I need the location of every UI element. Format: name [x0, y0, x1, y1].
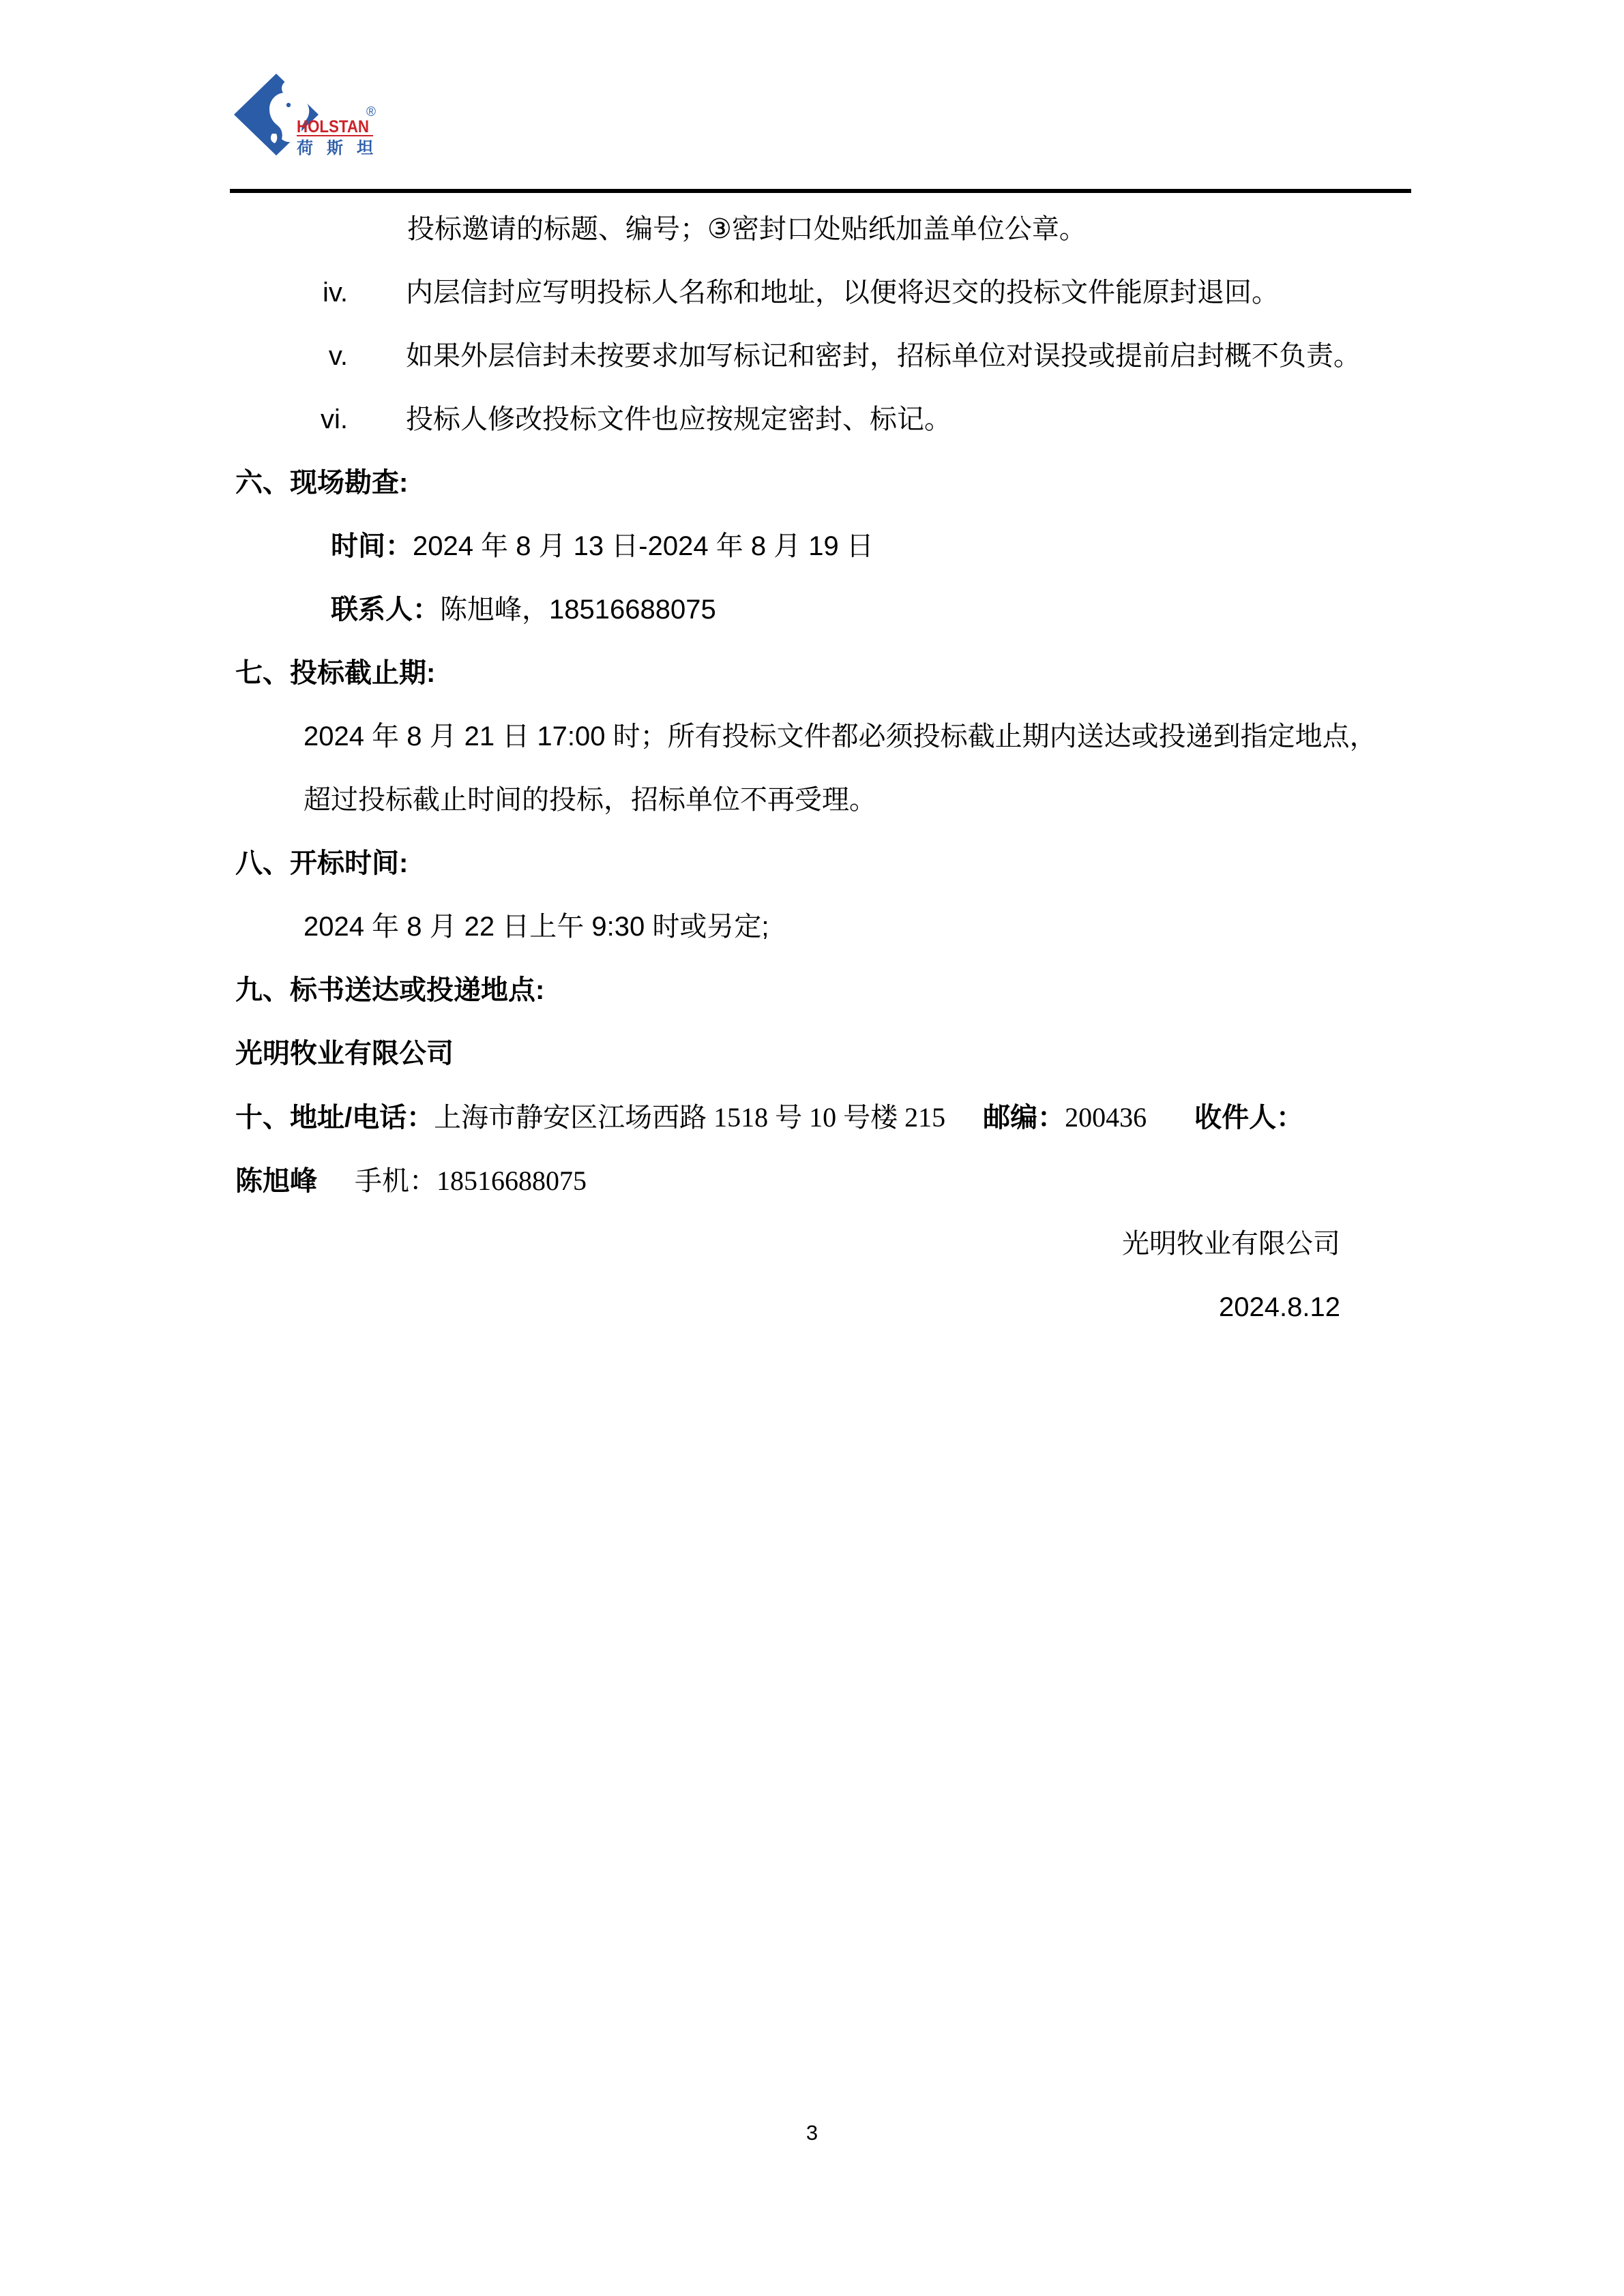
recipient-label: 收件人： — [1194, 1103, 1303, 1133]
section-7-heading: 七、投标截止期: — [235, 642, 1414, 705]
list-text-v: 如果外层信封未按要求加写标记和密封，招标单位对误投或提前启封概不负责。 — [406, 325, 1361, 388]
header-divider-line — [230, 189, 1411, 193]
document-body: 投标邀请的标题、编号；③密封口处贴纸加盖单位公章。 iv. 内层信封应写明投标人… — [235, 198, 1414, 1339]
delivery-company-name: 光明牧业有限公司 — [235, 1022, 1414, 1086]
contact-value: 陈旭峰，18516688075 — [440, 595, 716, 625]
section-8-heading: 八、开标时间: — [235, 832, 1414, 895]
page-number: 3 — [0, 2119, 1624, 2147]
list-item-v: v. 如果外层信封未按要求加写标记和密封，招标单位对误投或提前启封概不负责。 — [235, 325, 1414, 388]
list-marker-iv: iv. — [235, 261, 348, 325]
section-9-heading: 九、标书送达或投递地点: — [235, 959, 1414, 1022]
clause-seal-instructions: 投标邀请的标题、编号；③密封口处贴纸加盖单位公章。 — [235, 198, 1414, 261]
postal-code-value: 200436 — [1065, 1102, 1147, 1133]
holstan-logo: HOLSTAN ® 荷斯坦 — [234, 74, 379, 162]
list-text-vi: 投标人修改投标文件也应按规定密封、标记。 — [406, 388, 951, 451]
mobile-value: 18516688075 — [437, 1165, 587, 1196]
logo-brand-text: HOLSTAN — [297, 117, 369, 136]
address-heading: 十、地址/电话： — [235, 1103, 434, 1133]
list-text-iv: 内层信封应写明投标人名称和地址，以便将迟交的投标文件能原封退回。 — [406, 261, 1279, 325]
contact-label: 联系人： — [331, 595, 440, 625]
list-marker-v: v. — [235, 325, 348, 388]
cow-eye-dot — [286, 103, 291, 107]
holstan-logo-graphic: HOLSTAN ® 荷斯坦 — [234, 74, 379, 162]
list-marker-vi: vi. — [235, 388, 348, 451]
recipient-line: 陈旭峰手机：18516688075 — [235, 1149, 1414, 1212]
mobile-label: 手机： — [355, 1166, 437, 1196]
bid-opening-paragraph: 2024 年 8 月 22 日上午 9:30 时或另定; — [235, 895, 1414, 959]
signature-company: 光明牧业有限公司 — [235, 1212, 1414, 1276]
recipient-name: 陈旭峰 — [235, 1166, 317, 1196]
list-item-iv: iv. 内层信封应写明投标人名称和地址，以便将迟交的投标文件能原封退回。 — [235, 261, 1414, 325]
site-survey-time-line: 时间：2024 年 8 月 13 日-2024 年 8 月 19 日 — [235, 515, 1414, 578]
time-value: 2024 年 8 月 13 日-2024 年 8 月 19 日 — [413, 531, 874, 561]
address-line: 十、地址/电话：上海市静安区江场西路 1518 号 10 号楼 215邮编：20… — [235, 1086, 1414, 1149]
postal-code-label: 邮编： — [983, 1103, 1065, 1133]
site-survey-contact-line: 联系人：陈旭峰，18516688075 — [235, 578, 1414, 642]
list-item-vi: vi. 投标人修改投标文件也应按规定密封、标记。 — [235, 388, 1414, 451]
deadline-paragraph-2: 超过投标截止时间的投标，招标单位不再受理。 — [235, 769, 1414, 832]
address-value: 上海市静安区江场西路 1518 号 10 号楼 215 — [434, 1102, 945, 1133]
signature-date: 2024.8.12 — [235, 1276, 1414, 1339]
time-label: 时间： — [331, 531, 413, 561]
logo-underline — [297, 135, 373, 136]
registered-trademark-icon: ® — [366, 105, 376, 119]
deadline-paragraph-1: 2024 年 8 月 21 日 17:00 时；所有投标文件都必须投标截止期内送… — [235, 705, 1414, 769]
section-6-heading: 六、现场勘查: — [235, 451, 1414, 515]
logo-brand-chinese: 荷斯坦 — [297, 138, 373, 158]
document-page: HOLSTAN ® 荷斯坦 投标邀请的标题、编号；③密封口处贴纸加盖单位公章。 … — [0, 0, 1624, 2296]
